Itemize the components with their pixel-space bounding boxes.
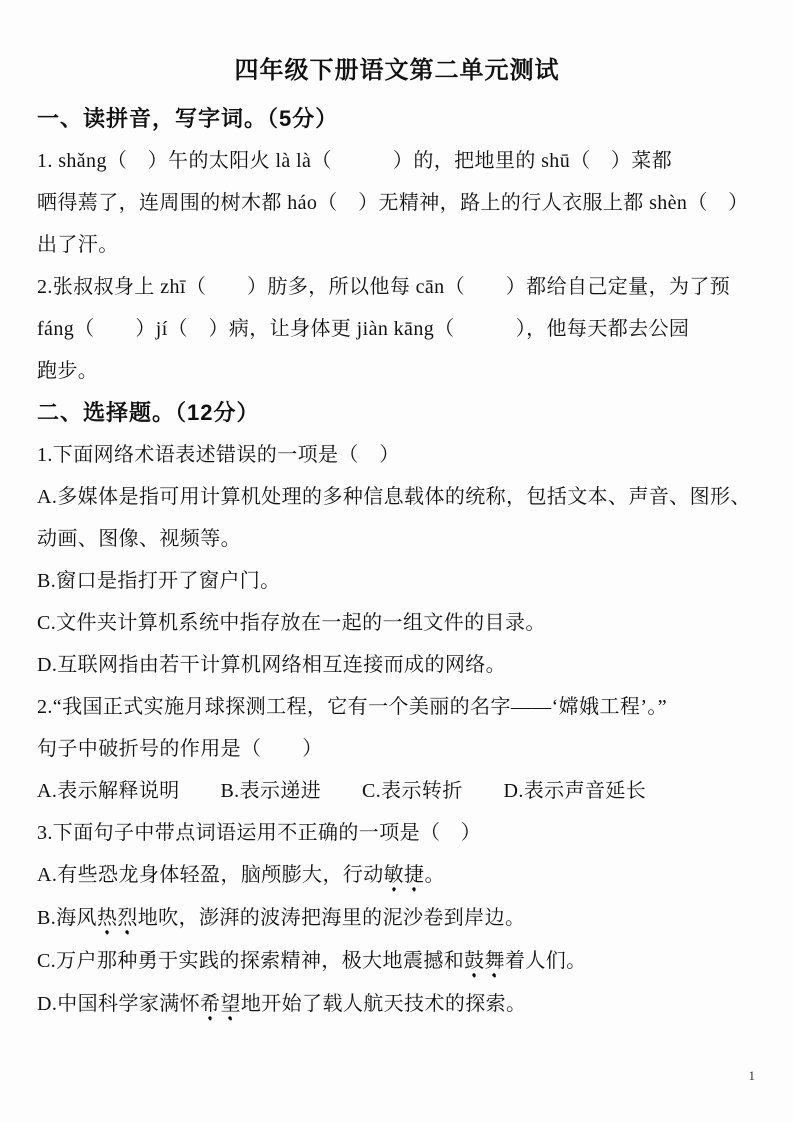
text-line: 1.下面网络术语表述错误的一项是（ ） (37, 434, 757, 476)
document-page: 四年级下册语文第二单元测试 一、读拼音，写字词。（5分）1. shǎng（ ）午… (0, 0, 793, 1122)
text-segment: 。 (424, 864, 444, 886)
text-line: 跑步。 (37, 350, 757, 392)
text-line: 2.张叔叔身上 zhī（ ）肪多，所以他每 cān（ ）都给自己定量，为了预 (37, 266, 757, 308)
text-segment: 3.下面句子中带点词语运用不正确的一项是（ ） (37, 822, 481, 844)
text-segment: 2.张叔叔身上 zhī（ ）肪多，所以他每 cān（ ）都给自己定量，为了预 (37, 276, 730, 298)
text-segment: 句子中破折号的作用是（ ） (37, 738, 323, 760)
text-segment: B.窗口是指打开了窗户门。 (37, 570, 281, 592)
text-segment: 1. shǎng（ ）午的太阳火 là là（ ）的，把地里的 shū（ ）菜都 (37, 150, 672, 172)
text-segment: 地吹，澎湃的波涛把海里的泥沙卷到岸边。 (138, 907, 526, 929)
emphasized-word: 敏捷 (384, 864, 425, 892)
text-line: A.表示解释说明 B.表示递进 C.表示转折 D.表示声音延长 (37, 770, 757, 812)
text-segment: C.文件夹计算机系统中指存放在一起的一组文件的目录。 (37, 612, 546, 634)
text-line: 1. shǎng（ ）午的太阳火 là là（ ）的，把地里的 shū（ ）菜都 (37, 140, 757, 182)
text-segment: 地开始了载人航天技术的探索。 (241, 993, 527, 1015)
emphasized-word: 热烈 (97, 907, 138, 935)
text-line: A.多媒体是指可用计算机处理的多种信息载体的统称，包括文本、声音、图形、 (37, 476, 757, 518)
text-line: 晒得蔫了，连周围的树木都 háo（ ）无精神，路上的行人衣服上都 shèn（ ） (37, 182, 757, 224)
document-body: 一、读拼音，写字词。（5分）1. shǎng（ ）午的太阳火 là là（ ）的… (37, 98, 757, 1026)
text-segment: 二、选择题。（12分） (37, 400, 259, 425)
text-segment: B.海风 (37, 907, 97, 929)
text-segment: 晒得蔫了，连周围的树木都 háo（ ）无精神，路上的行人衣服上都 shèn（ ） (37, 192, 749, 214)
emphasized-word: 希望 (200, 993, 241, 1021)
text-segment: 着人们。 (505, 950, 587, 972)
text-line: 3.下面句子中带点词语运用不正确的一项是（ ） (37, 812, 757, 854)
text-line: D.中国科学家满怀希望地开始了载人航天技术的探索。 (37, 983, 757, 1026)
text-segment: D.中国科学家满怀 (37, 993, 200, 1015)
page-title: 四年级下册语文第二单元测试 (37, 54, 757, 88)
text-segment: 动画、图像、视频等。 (37, 528, 241, 550)
text-line: C.万户那种勇于实践的探索精神，极大地震撼和鼓舞着人们。 (37, 940, 757, 983)
page-number: 1 (749, 1068, 756, 1084)
text-segment: 2.“我国正式实施月球探测工程，它有一个美丽的名字——‘嫦娥工程’。” (37, 696, 667, 718)
text-segment: D.互联网指由若干计算机网络相互连接而成的网络。 (37, 654, 506, 676)
text-line: B.窗口是指打开了窗户门。 (37, 560, 757, 602)
section-heading: 二、选择题。（12分） (37, 392, 757, 434)
text-line: 动画、图像、视频等。 (37, 518, 757, 560)
emphasized-word: 鼓舞 (464, 950, 505, 978)
text-segment: 跑步。 (37, 360, 98, 382)
text-line: 出了汗。 (37, 224, 757, 266)
text-segment: A.有些恐龙身体轻盈，脑颅膨大，行动 (37, 864, 384, 886)
text-segment: A.多媒体是指可用计算机处理的多种信息载体的统称，包括文本、声音、图形、 (37, 486, 751, 508)
section-heading: 一、读拼音，写字词。（5分） (37, 98, 757, 140)
text-segment: 出了汗。 (37, 234, 119, 256)
text-segment: A.表示解释说明 B.表示递进 C.表示转折 D.表示声音延长 (37, 780, 646, 802)
text-segment: C.万户那种勇于实践的探索精神，极大地震撼和 (37, 950, 464, 972)
text-segment: fáng（ ）jí（ ）病，让身体更 jiàn kāng（ ），他每天都去公园 (37, 318, 689, 340)
text-line: 2.“我国正式实施月球探测工程，它有一个美丽的名字——‘嫦娥工程’。” (37, 686, 757, 728)
text-segment: 一、读拼音，写字词。（5分） (37, 106, 338, 131)
text-line: B.海风热烈地吹，澎湃的波涛把海里的泥沙卷到岸边。 (37, 897, 757, 940)
text-line: fáng（ ）jí（ ）病，让身体更 jiàn kāng（ ），他每天都去公园 (37, 308, 757, 350)
text-line: C.文件夹计算机系统中指存放在一起的一组文件的目录。 (37, 602, 757, 644)
text-segment: 1.下面网络术语表述错误的一项是（ ） (37, 444, 400, 466)
text-line: A.有些恐龙身体轻盈，脑颅膨大，行动敏捷。 (37, 854, 757, 897)
text-line: D.互联网指由若干计算机网络相互连接而成的网络。 (37, 644, 757, 686)
text-line: 句子中破折号的作用是（ ） (37, 728, 757, 770)
